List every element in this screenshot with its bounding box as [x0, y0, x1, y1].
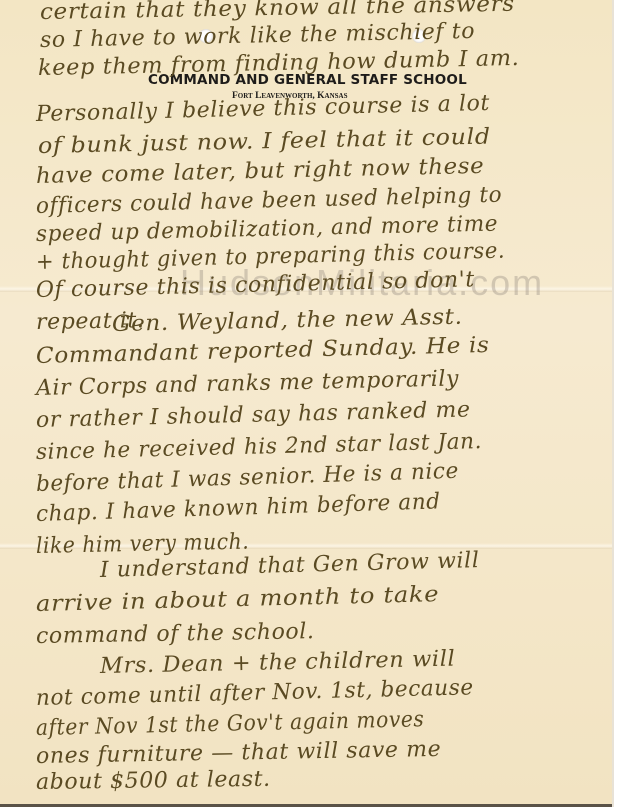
- handwritten-line: ones furniture — that will save me: [36, 739, 442, 768]
- handwritten-line: Mrs. Dean + the children will: [100, 649, 456, 678]
- handwritten-line: after Nov 1st the Gov't again moves: [36, 709, 425, 740]
- handwritten-line: arrive in about a month to take: [36, 584, 440, 616]
- handwritten-line: Gen. Weyland, the new Asst.: [112, 307, 463, 336]
- letter-page: COMMAND AND GENERAL STAFF SCHOOL Fort Le…: [0, 0, 612, 807]
- handwritten-line: not come until after Nov. 1st, because: [36, 677, 474, 710]
- handwritten-line: about $500 at least.: [36, 769, 271, 794]
- handwritten-line: have come later, but right now these: [36, 156, 485, 188]
- handwritten-line: Personally I believe this course is a lo…: [36, 93, 490, 126]
- handwritten-line: chap. I have known him before and: [36, 491, 441, 526]
- handwritten-line: of bunk just now. I feel that it could: [38, 127, 491, 158]
- handwritten-line: Commandant reported Sunday. He is: [36, 335, 490, 368]
- handwritten-line: Air Corps and ranks me temporarily: [36, 368, 460, 400]
- handwritten-line: command of the school.: [36, 621, 315, 648]
- handwritten-line: or rather I should say has ranked me: [36, 399, 471, 432]
